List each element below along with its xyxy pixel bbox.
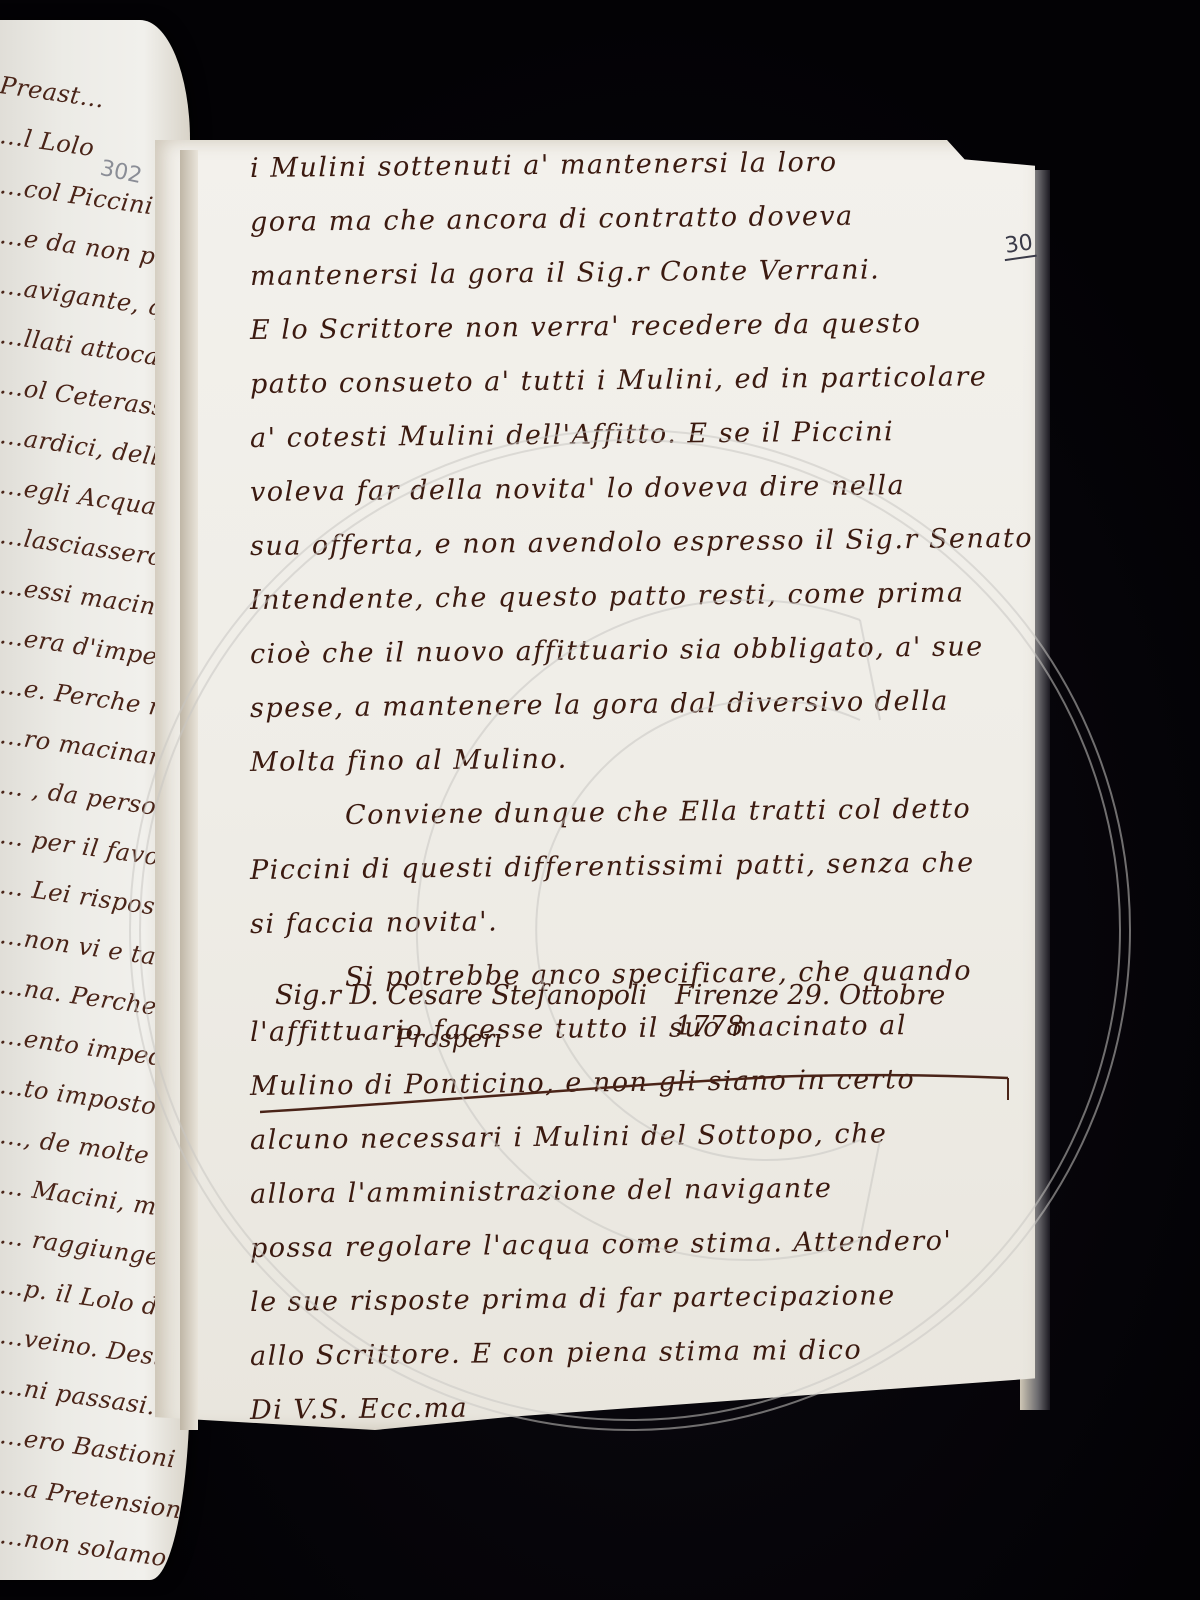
closing-rule-line (260, 1060, 1010, 1120)
signature: Prosperi (395, 1024, 502, 1053)
salutation: Di V.S. Ecc.ma (250, 1376, 1011, 1438)
letter-line: gora ma che ancora di contratto doveva (250, 188, 1011, 250)
letter-line: si faccia novita'. (250, 890, 1011, 952)
letter-line: allo Scrittore. E con piena stima mi dic… (250, 1322, 1011, 1384)
letter-line: possa regolare l'acqua come stima. Atten… (250, 1214, 1011, 1276)
letter-line: allora l'amministrazione del navigante (250, 1160, 1011, 1222)
letter-line: patto consueto a' tutti i Mulini, ed in … (250, 350, 1011, 412)
letter-line: le sue risposte prima di far partecipazi… (250, 1268, 1011, 1330)
letter-line: Molta fino al Mulino. (250, 728, 1011, 790)
book-gutter (180, 150, 198, 1430)
letter-line: E lo Scrittore non verra' recedere da qu… (250, 296, 1011, 358)
letter-line: Piccini di questi differentissimi patti,… (250, 836, 1011, 898)
addressee: Sig.r D. Cesare Stefanopoli (275, 980, 647, 1011)
letter-body: i Mulini sottenuti a' mantenersi la loro… (250, 138, 1010, 1434)
letter-line: spese, a mantenere la gora dal diversivo… (250, 674, 1011, 736)
letter-line: cioè che il nuovo affittuario sia obblig… (250, 620, 1011, 682)
letter-line: voleva far della novita' lo doveva dire … (250, 458, 1011, 520)
letter-line: Intendente, che questo patto resti, come… (250, 566, 1011, 628)
place-date: Firenze 29. Ottobre 1778 (675, 980, 1015, 1042)
letter-line: sua offerta, e non avendolo espresso il … (250, 512, 1011, 574)
letter-closing: Sig.r D. Cesare Stefanopoli Firenze 29. … (255, 980, 1015, 1040)
letter-line: i Mulini sottenuti a' mantenersi la loro (250, 134, 1011, 196)
letter-line: mantenersi la gora il Sig.r Conte Verran… (250, 242, 1011, 304)
letter-line: Conviene dunque che Ella tratti col dett… (250, 782, 1011, 844)
letter-line: a' cotesti Mulini dell'Affitto. E se il … (250, 404, 1011, 466)
